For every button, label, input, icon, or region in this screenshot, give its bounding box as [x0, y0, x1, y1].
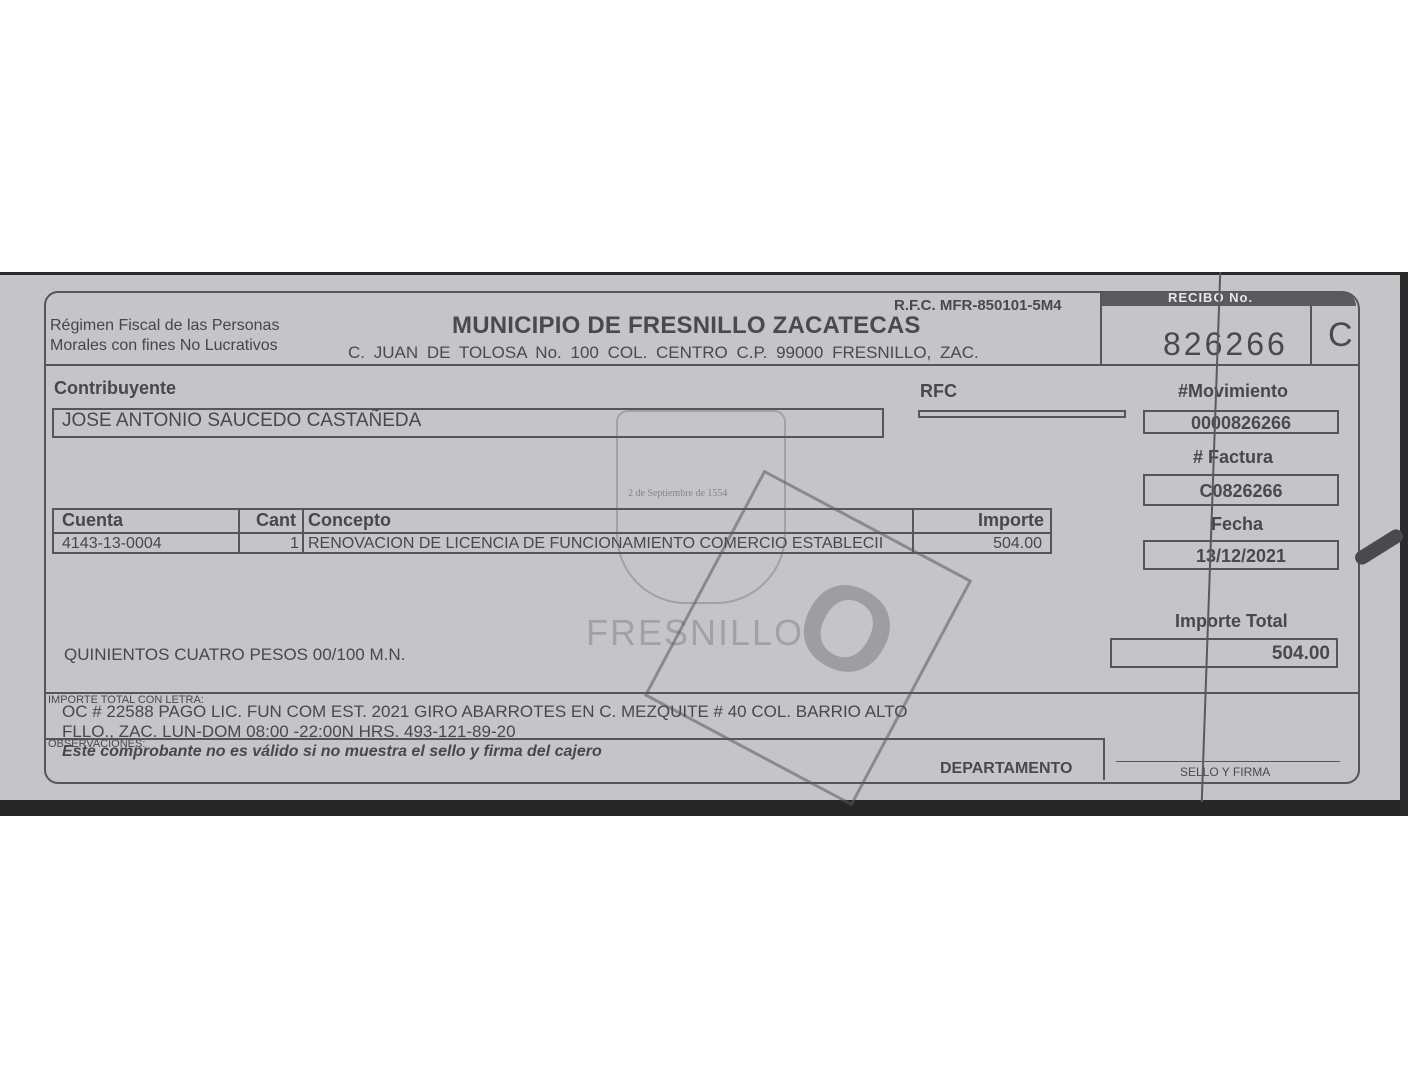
observaciones-line-1: OC # 22588 PAGO LIC. FUN COM EST. 2021 G…: [62, 702, 908, 722]
rfc-field: [918, 410, 1126, 418]
importe-total-value: 504.00: [1110, 638, 1338, 668]
municipality-title: MUNICIPIO DE FRESNILLO ZACATECAS: [452, 312, 921, 340]
observaciones-top-rule: [44, 692, 1358, 694]
recibo-number: 826266: [1163, 326, 1288, 363]
col-divider-importe: [912, 510, 914, 552]
departamento-label: DEPARTAMENTO: [940, 760, 1072, 778]
observaciones-mid-rule: [44, 738, 1104, 740]
cell-cuenta: 4143-13-0004: [62, 535, 162, 553]
header-divider-1: [1100, 292, 1102, 364]
rfc-label: RFC: [920, 381, 957, 402]
header-bottom-rule: [44, 364, 1358, 366]
concepts-table: Cuenta Cant Concepto Importe 4143-13-000…: [52, 508, 1052, 554]
importe-total-label: Importe Total: [1175, 611, 1288, 632]
header-divider-2: [1310, 306, 1312, 364]
validity-notice: Este comprobante no es válido si no mues…: [62, 743, 602, 761]
municipality-address: C. JUAN DE TOLOSA No. 100 COL. CENTRO C.…: [348, 343, 979, 363]
fecha-value: 13/12/2021: [1143, 540, 1339, 570]
col-divider-cant: [238, 510, 240, 552]
sello-firma-label: SELLO Y FIRMA: [1180, 765, 1270, 779]
cell-importe: 504.00: [993, 535, 1042, 553]
recibo-label: RECIBO No.: [1168, 290, 1253, 305]
factura-label: # Factura: [1193, 447, 1273, 468]
factura-value: C0826266: [1143, 474, 1339, 506]
contribuyente-value: JOSE ANTONIO SAUCEDO CASTAÑEDA: [62, 410, 421, 432]
movimiento-label: #Movimiento: [1178, 381, 1288, 402]
signature-line: [1116, 761, 1340, 762]
seal-motto: 2 de Septiembre de 1554: [628, 488, 727, 499]
movimiento-value: 0000826266: [1143, 410, 1339, 434]
total-con-letra: QUINIENTOS CUATRO PESOS 00/100 M.N.: [64, 645, 405, 665]
table-header-rule: [54, 532, 1050, 534]
col-divider-concepto: [302, 510, 304, 552]
scan-edge-bottom: [0, 800, 1400, 816]
regimen-line-2: Morales con fines No Lucrativos: [50, 336, 279, 356]
regimen-line-1: Régimen Fiscal de las Personas: [50, 316, 279, 336]
recibo-series: C: [1328, 316, 1353, 355]
fecha-label: Fecha: [1211, 514, 1263, 535]
header-importe: Importe: [978, 510, 1044, 531]
scan-edge-right: [1400, 272, 1408, 816]
header-concepto: Concepto: [308, 510, 391, 531]
contribuyente-label: Contribuyente: [54, 378, 176, 399]
header-cant: Cant: [256, 510, 296, 531]
departamento-divider: [1103, 738, 1105, 780]
cell-cant: 1: [290, 535, 299, 553]
regimen-fiscal: Régimen Fiscal de las Personas Morales c…: [50, 316, 279, 356]
header-cuenta: Cuenta: [62, 510, 123, 531]
cell-concepto: RENOVACION DE LICENCIA DE FUNCIONAMIENTO…: [308, 535, 908, 553]
